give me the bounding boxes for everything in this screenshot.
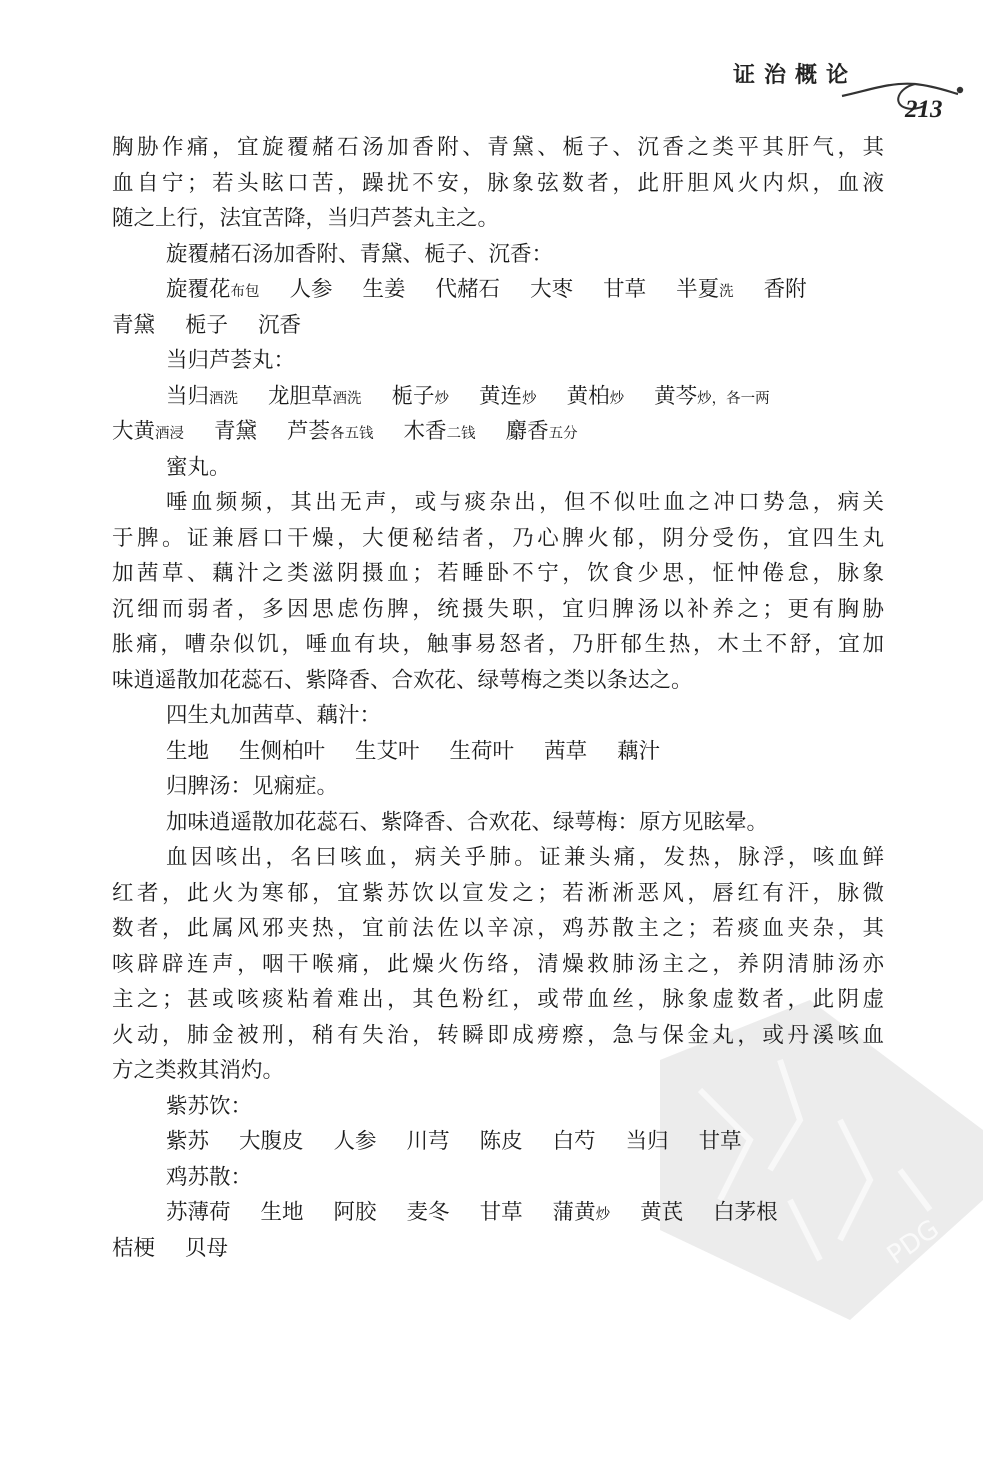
ingredient: 人参	[290, 272, 333, 308]
preparation-note: 蜜丸。	[112, 450, 884, 486]
ingredient: 栀子	[185, 308, 228, 344]
formula-title: 四生丸加茜草、藕汁：	[112, 698, 884, 734]
ingredient-name: 甘草	[699, 1129, 742, 1154]
ingredient-name: 大黄	[112, 419, 155, 444]
ingredient-name: 陈皮	[480, 1129, 523, 1154]
ingredient-name: 苏薄荷	[166, 1200, 231, 1225]
ingredient: 麦冬	[407, 1195, 450, 1231]
page-number: 213	[905, 96, 943, 124]
ingredient: 香附	[764, 272, 807, 308]
ingredient: 蒲黄炒	[553, 1195, 611, 1231]
ingredient-name: 大枣	[530, 277, 573, 302]
text-line: 数者，此属风邪夹热，宜前法佐以辛凉，鸡苏散主之；若痰血夹杂，其	[112, 911, 884, 947]
ingredient-name: 龙胆草	[268, 384, 333, 409]
ingredient-list: 桔梗 贝母	[112, 1231, 884, 1267]
ingredient: 白茅根	[713, 1195, 778, 1231]
ingredient: 青黛	[214, 414, 257, 450]
formula-title: 紫苏饮：	[112, 1089, 884, 1125]
ingredient-name: 旋覆花	[166, 277, 231, 302]
ingredient: 当归	[626, 1124, 669, 1160]
ingredient-list: 紫苏 大腹皮 人参 川芎 陈皮 白芍 当归 甘草	[112, 1124, 884, 1160]
ingredient: 生侧柏叶	[239, 734, 325, 770]
ingredient: 藕汁	[617, 734, 660, 770]
text-line: 胸胁作痛，宜旋覆赭石汤加香附、青黛、栀子、沉香之类平其肝气，其	[112, 130, 884, 166]
ingredient: 人参	[334, 1124, 377, 1160]
ingredient-list: 生地 生侧柏叶 生艾叶 生荷叶 茜草 藕汁	[112, 734, 884, 770]
ingredient-name: 大腹皮	[239, 1129, 304, 1154]
ingredient-note: 布包	[231, 284, 260, 300]
ingredient-name: 当归	[626, 1129, 669, 1154]
ingredient-name: 半夏	[676, 277, 719, 302]
ingredient: 桔梗	[112, 1231, 155, 1267]
ingredient-name: 生艾叶	[355, 739, 420, 764]
ingredient: 麝香五分	[506, 414, 578, 450]
ingredient-name: 藕汁	[617, 739, 660, 764]
ingredient-name: 木香	[404, 419, 447, 444]
ingredient-note: 酒洗	[209, 391, 238, 407]
ingredient: 生姜	[363, 272, 406, 308]
ingredient: 当归酒洗	[166, 379, 238, 415]
ingredient: 甘草	[699, 1124, 742, 1160]
ingredient-name: 沉香	[258, 313, 301, 338]
ingredient-name: 贝母	[185, 1236, 228, 1261]
formula-title: 当归芦荟丸：	[112, 343, 884, 379]
ingredient-name: 桔梗	[112, 1236, 155, 1261]
ingredient-name: 生地	[166, 739, 209, 764]
ingredient-name: 生姜	[363, 277, 406, 302]
text-line: 随之上行，法宜苦降，当归芦荟丸主之。	[112, 201, 884, 237]
ingredient-name: 蒲黄	[553, 1200, 596, 1225]
ingredient: 半夏洗	[676, 272, 734, 308]
ingredient-note: 五分	[549, 426, 578, 442]
ingredient-name: 代赭石	[436, 277, 501, 302]
ingredient-note: 炒，各一两	[697, 391, 770, 407]
ingredient-name: 白芍	[553, 1129, 596, 1154]
ingredient-note: 炒	[435, 391, 450, 407]
ingredient: 甘草	[603, 272, 646, 308]
text-line: 主之；甚或咳痰粘着难出，其色粉红，或带血丝，脉象虚数者，此阴虚	[112, 982, 884, 1018]
ingredient: 陈皮	[480, 1124, 523, 1160]
ingredient-name: 黄芩	[654, 384, 697, 409]
formula-reference: 归脾汤：见痫症。	[112, 769, 884, 805]
text-line: 咳辟辟连声，咽干喉痛，此燥火伤络，清燥救肺汤主之，养阴清肺汤亦	[112, 947, 884, 983]
ingredient: 代赭石	[436, 272, 501, 308]
ingredient-name: 青黛	[112, 313, 155, 338]
ingredient: 阿胶	[334, 1195, 377, 1231]
ingredient: 生地	[261, 1195, 304, 1231]
ingredient: 生地	[166, 734, 209, 770]
ingredient-name: 芦荟	[287, 419, 330, 444]
text-line: 唾血频频，其出无声，或与痰杂出，但不似吐血之冲口势急，病关	[112, 485, 884, 521]
ingredient-note: 洗	[719, 284, 734, 300]
ingredient: 黄柏炒	[567, 379, 625, 415]
text-line: 加茜草、藕汁之类滋阴摄血；若睡卧不宁，饮食少思，怔忡倦怠，脉象	[112, 556, 884, 592]
ingredient-list: 旋覆花布包 人参 生姜 代赭石 大枣 甘草 半夏洗 香附	[112, 272, 884, 308]
ingredient: 大腹皮	[239, 1124, 304, 1160]
ingredient: 黄连炒	[479, 379, 537, 415]
ingredient: 青黛	[112, 308, 155, 344]
ingredient-note: 酒浸	[155, 426, 184, 442]
ingredient-note: 各五钱	[330, 426, 374, 442]
ingredient-list: 青黛 栀子 沉香	[112, 308, 884, 344]
ingredient-name: 川芎	[407, 1129, 450, 1154]
ingredient: 贝母	[185, 1231, 228, 1267]
ingredient: 芦荟各五钱	[287, 414, 374, 450]
ingredient-name: 栀子	[185, 313, 228, 338]
ingredient: 白芍	[553, 1124, 596, 1160]
ingredient: 沉香	[258, 308, 301, 344]
ingredient-name: 青黛	[214, 419, 257, 444]
running-head: 证治概论	[733, 58, 857, 89]
ingredient: 甘草	[480, 1195, 523, 1231]
ingredient: 龙胆草酒洗	[268, 379, 362, 415]
formula-title: 旋覆赭石汤加香附、青黛、栀子、沉香：	[112, 237, 884, 273]
ingredient: 黄芪	[640, 1195, 683, 1231]
ingredient: 栀子炒	[392, 379, 450, 415]
text-line: 胀痛，嘈杂似饥，唾血有块，触事易怒者，乃肝郁生热，木土不舒，宜加	[112, 627, 884, 663]
ingredient: 大枣	[530, 272, 573, 308]
ingredient-list: 大黄酒浸 青黛 芦荟各五钱 木香二钱 麝香五分	[112, 414, 884, 450]
ingredient-note: 炒	[522, 391, 537, 407]
ingredient-list: 当归酒洗 龙胆草酒洗 栀子炒 黄连炒 黄柏炒 黄芩炒，各一两	[112, 379, 884, 415]
text-line: 血自宁；若头眩口苦，躁扰不安，脉象弦数者，此肝胆风火内炽，血液	[112, 166, 884, 202]
ingredient: 紫苏	[166, 1124, 209, 1160]
ingredient-name: 茜草	[544, 739, 587, 764]
ingredient-name: 白茅根	[713, 1200, 778, 1225]
ingredient-name: 生荷叶	[450, 739, 515, 764]
body-text: 胸胁作痛，宜旋覆赭石汤加香附、青黛、栀子、沉香之类平其肝气，其 血自宁；若头眩口…	[112, 130, 884, 1266]
ingredient-list: 苏薄荷 生地 阿胶 麦冬 甘草 蒲黄炒 黄芪 白茅根	[112, 1195, 884, 1231]
ingredient-name: 黄芪	[640, 1200, 683, 1225]
ingredient-name: 黄连	[479, 384, 522, 409]
ingredient-name: 香附	[764, 277, 807, 302]
ingredient-name: 生地	[261, 1200, 304, 1225]
ingredient-note: 炒	[610, 391, 625, 407]
ingredient-name: 人参	[334, 1129, 377, 1154]
text-line: 火动，肺金被刑，稍有失治，转瞬即成痨瘵，急与保金丸，或丹溪咳血	[112, 1018, 884, 1054]
ingredient-name: 甘草	[480, 1200, 523, 1225]
ingredient-name: 麝香	[506, 419, 549, 444]
ingredient-name: 麦冬	[407, 1200, 450, 1225]
ingredient-name: 黄柏	[567, 384, 610, 409]
formula-reference: 加味逍遥散加花蕊石、紫降香、合欢花、绿萼梅：原方见眩晕。	[112, 805, 884, 841]
ingredient: 川芎	[407, 1124, 450, 1160]
ingredient: 茜草	[544, 734, 587, 770]
formula-title: 鸡苏散：	[112, 1160, 884, 1196]
ingredient-name: 生侧柏叶	[239, 739, 325, 764]
ingredient-name: 当归	[166, 384, 209, 409]
ingredient: 黄芩炒，各一两	[654, 379, 770, 415]
ingredient: 木香二钱	[404, 414, 476, 450]
ingredient: 苏薄荷	[166, 1195, 231, 1231]
ingredient-name: 紫苏	[166, 1129, 209, 1154]
text-line: 红者，此火为寒郁，宜紫苏饮以宣发之；若淅淅恶风，唇红有汗，脉微	[112, 876, 884, 912]
text-line: 于脾。证兼唇口干燥，大便秘结者，乃心脾火郁，阴分受伤，宜四生丸	[112, 521, 884, 557]
ingredient-name: 人参	[290, 277, 333, 302]
ingredient-note: 二钱	[447, 426, 476, 442]
ingredient-name: 阿胶	[334, 1200, 377, 1225]
text-line: 沉细而弱者，多因思虑伤脾，统摄失职，宜归脾汤以补养之；更有胸胁	[112, 592, 884, 628]
ingredient-name: 栀子	[392, 384, 435, 409]
ingredient: 生艾叶	[355, 734, 420, 770]
ingredient: 生荷叶	[450, 734, 515, 770]
ingredient-name: 甘草	[603, 277, 646, 302]
ingredient-note: 酒洗	[333, 391, 362, 407]
ingredient-note: 炒	[596, 1207, 611, 1223]
text-line: 血因咳出，名曰咳血，病关乎肺。证兼头痛，发热，脉浮，咳血鲜	[112, 840, 884, 876]
text-line: 味逍遥散加花蕊石、紫降香、合欢花、绿萼梅之类以条达之。	[112, 663, 884, 699]
text-line: 方之类救其消灼。	[112, 1053, 884, 1089]
ingredient: 大黄酒浸	[112, 414, 184, 450]
ingredient: 旋覆花布包	[166, 272, 260, 308]
